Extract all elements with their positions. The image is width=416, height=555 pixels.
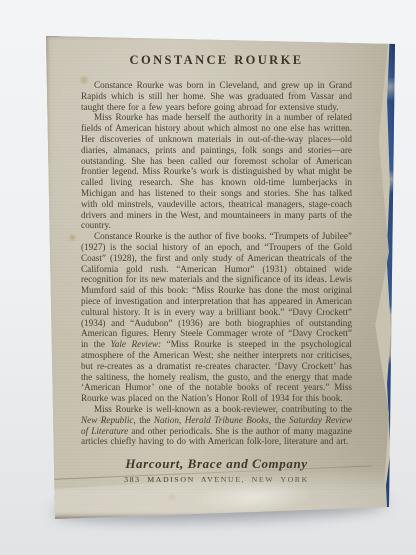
jacket-body: Constance Rourke was born in Cleveland, …: [81, 80, 352, 447]
blue-board-corner: [323, 32, 393, 41]
jacket-paragraph: Constance Rourke was born in Cleveland, …: [81, 80, 352, 112]
jacket-printed-text: CONSTANCE ROURKE Constance Rourke was bo…: [81, 53, 352, 484]
jacket-paragraph: Miss Rourke is well-known as a book-revi…: [81, 404, 352, 447]
dust-jacket-back: CONSTANCE ROURKE Constance Rourke was bo…: [44, 33, 389, 520]
jacket-title: CONSTANCE ROURKE: [81, 53, 352, 68]
photo-scene: CONSTANCE ROURKE Constance Rourke was bo…: [0, 0, 416, 555]
foxing-spot: [68, 233, 77, 242]
publisher-name: Harcourt, Brace and Company: [81, 456, 352, 472]
jacket-paragraph: Miss Rourke has made herself the authori…: [81, 112, 352, 231]
book: CONSTANCE ROURKE Constance Rourke was bo…: [44, 33, 397, 520]
jacket-paragraph: Constance Rourke is the author of five b…: [81, 231, 352, 404]
jacket-tear: [44, 490, 55, 506]
blue-board-edge: [386, 33, 397, 520]
